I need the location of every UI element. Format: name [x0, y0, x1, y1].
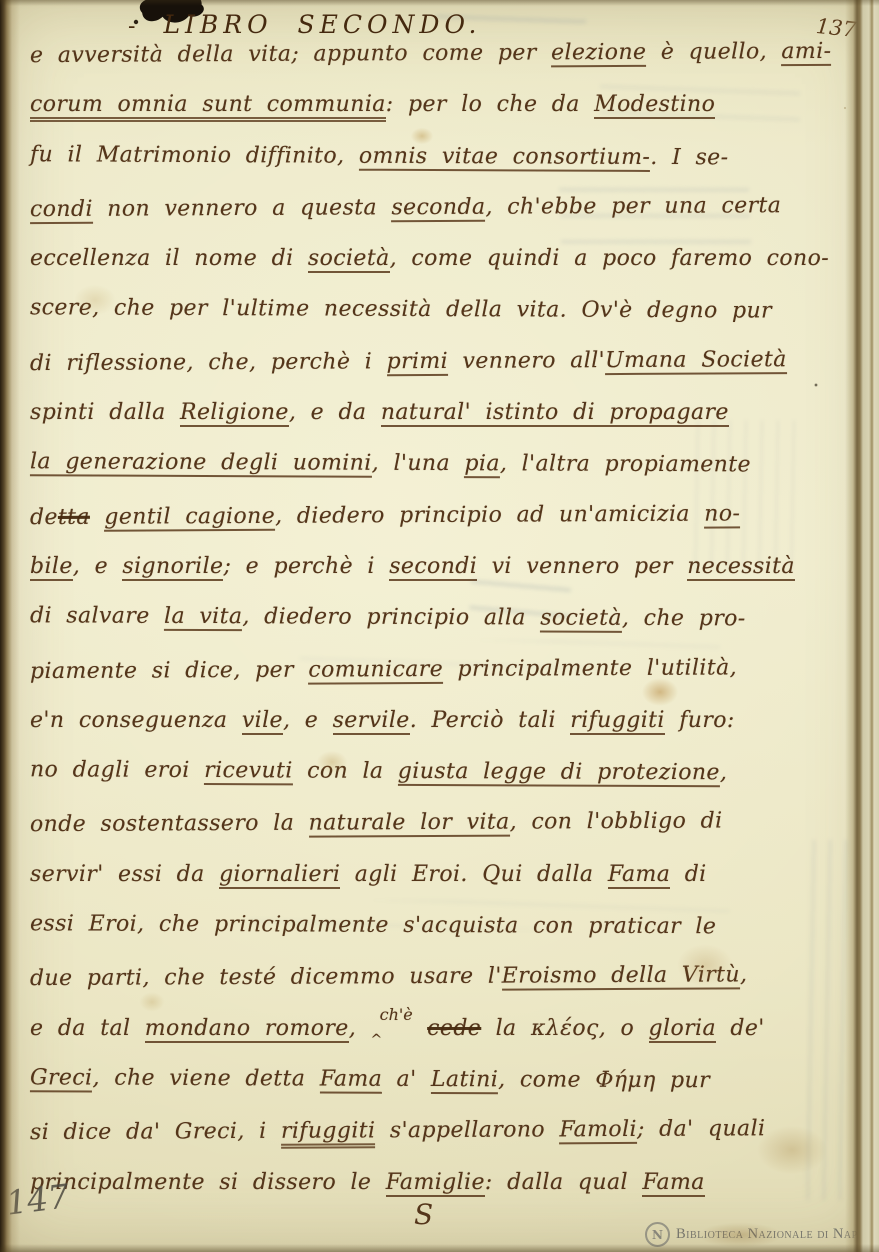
underlined-phrase: gentil cagione [104, 503, 275, 531]
underlined-phrase: vile [242, 708, 283, 735]
manuscript-line: no dagli eroi ricevuti con la giusta leg… [30, 744, 830, 799]
manuscript-line: corum omnia sunt communia: per lo che da… [30, 79, 830, 130]
text-segment: vennero all' [448, 348, 605, 374]
underlined-phrase: Eroismo della Virtù [502, 963, 740, 991]
manuscript-page: -LIBRO SECONDO. 137 e avversità della vi… [0, 0, 879, 1252]
text-segment: e da tal [30, 1016, 145, 1041]
manuscript-line: di riflessione, che, perchè i primi venn… [30, 334, 830, 389]
manuscript-line: piamente si dice, per comunicare princip… [30, 641, 830, 696]
text-segment: principalmente si dissero le [30, 1170, 386, 1195]
text-segment: non vennero a questa [93, 195, 392, 222]
text-segment: , che pro- [622, 606, 746, 632]
text-segment: , l'altra propiamente [500, 452, 751, 478]
underlined-phrase: seconda [391, 195, 485, 222]
manuscript-line: detta gentil cagione, diedero principio … [30, 488, 830, 543]
text-segment: , [740, 963, 748, 988]
manuscript-line: Greci, che viene detta Fama a' Latini, c… [30, 1052, 830, 1107]
struck-word: cede [427, 1016, 481, 1041]
text-segment: no dagli eroi [30, 757, 204, 783]
underlined-phrase: la generazione degli uomini [30, 450, 372, 478]
text-segment: fu il Matrimonio diffinito, [30, 142, 359, 168]
underlined-phrase: elezione [551, 40, 646, 67]
manuscript-line: fu il Matrimonio diffinito, omnis vitae … [30, 129, 830, 184]
text-segment: due parti, che testé dicemmo usare l' [30, 964, 502, 991]
underlined-phrase: società [308, 246, 390, 273]
text-segment: , ch'ebbe per una certa [485, 193, 781, 220]
underlined-phrase: Religione [180, 400, 289, 427]
manuscript-lines: e avversità della vita; appunto come per… [30, 28, 830, 1208]
text-segment: s'appellarono [375, 1118, 559, 1144]
underlined-phrase: Fama [608, 862, 670, 889]
underlined-phrase: Umana Società [605, 347, 787, 375]
underlined-phrase: signorile [122, 554, 223, 581]
text-segment: , [720, 760, 728, 785]
text-segment: , come Φήμη pur [498, 1067, 710, 1093]
underlined-phrase: corum omnia sunt communia [30, 92, 386, 122]
text-segment: vi vennero per [477, 554, 687, 579]
text-segment: , con l'obbligo di [510, 809, 723, 835]
text-segment: , e [73, 554, 123, 579]
page-edge-top [0, 0, 879, 6]
underlined-phrase: servile [333, 708, 410, 735]
underlined-phrase: condi [30, 197, 93, 224]
manuscript-line: onde sostentassero la naturale lor vita,… [30, 795, 830, 850]
text-segment: servir' essi da [30, 862, 219, 887]
underlined-phrase: ami- [781, 39, 831, 66]
underlined-phrase: gloria [649, 1016, 716, 1043]
interlinear-insertion: ch'è [380, 1005, 413, 1024]
manuscript-line: bile, e signorile; e perchè i secondi vi… [30, 541, 830, 592]
text-segment: ; e perchè i [223, 554, 389, 579]
underlined-phrase: Famiglie [386, 1170, 485, 1197]
manuscript-line: e'n conseguenza vile, e servile. Perciò … [30, 695, 830, 746]
manuscript-line: di salvare la vita, diedero principio al… [30, 591, 830, 646]
page-edge-bottom [0, 1244, 879, 1252]
text-segment: , diedero principio alla [242, 604, 540, 630]
text-segment: e avversità della vita; appunto come per [30, 40, 551, 68]
text-segment: de [30, 505, 58, 530]
underlined-phrase: giusta legge di protezione [398, 759, 720, 787]
underlined-phrase: rifuggiti [570, 708, 665, 735]
text-segment: furo: [665, 708, 735, 733]
text-segment: ^ [370, 1032, 382, 1048]
underlined-phrase: bile [30, 554, 73, 581]
text-segment: si dice da' Greci, i [30, 1119, 281, 1145]
text-segment: eccellenza il nome di [30, 246, 308, 271]
underlined-phrase: comunicare [308, 656, 443, 684]
underlined-phrase: pia [464, 452, 500, 479]
text-segment: è quello, [646, 39, 781, 65]
underlined-phrase: società [540, 606, 622, 633]
text-segment: de' [716, 1016, 765, 1041]
text-segment: spinti dalla [30, 400, 180, 425]
underlined-phrase: Fama [642, 1170, 704, 1197]
text-segment: , l'una [372, 451, 465, 476]
underlined-phrase: Greci [30, 1065, 93, 1092]
manuscript-line: condi non vennero a questa seconda, ch'e… [30, 180, 830, 235]
text-segment: e'n conseguenza [30, 708, 242, 733]
text-segment: , [349, 1016, 371, 1041]
underlined-phrase: omnis vitae consortium- [359, 143, 650, 171]
manuscript-line: spinti dalla Religione, e da natural' is… [30, 387, 830, 438]
text-segment: agli Eroi. Qui dalla [340, 862, 608, 887]
underlined-phrase: secondi [389, 554, 477, 581]
manuscript-line: eccellenza il nome di società, come quin… [30, 233, 830, 284]
catchword: S [414, 1198, 433, 1231]
underlined-phrase: ricevuti [204, 758, 293, 785]
underlined-phrase: no- [704, 501, 740, 528]
manuscript-line: e avversità della vita; appunto come per… [30, 26, 830, 81]
underlined-phrase: naturale lor vita [309, 810, 510, 838]
text-segment: : per lo che da [386, 92, 594, 117]
manuscript-line: essi Eroi, che principalmente s'acquista… [30, 898, 830, 953]
text-segment: piamente si dice, per [30, 657, 308, 683]
text-segment: . Perciò tali [410, 708, 571, 733]
text-segment: , e [283, 708, 333, 733]
text-segment: , come quindi a poco faremo cono- [390, 246, 830, 271]
text-segment: , che viene detta [92, 1065, 319, 1091]
underlined-phrase: Modestino [594, 92, 715, 119]
text-segment: di [670, 862, 706, 887]
manuscript-line: scere, che per l'ultime necessità della … [30, 283, 830, 338]
text-segment: di salvare [30, 604, 164, 630]
text-segment: onde sostentassero la [30, 811, 309, 837]
text-segment: a' [382, 1067, 431, 1092]
underlined-phrase: Fama [320, 1066, 383, 1093]
binding-edge-left [0, 0, 20, 1252]
text-segment: scere, che per l'ultime necessità della … [30, 296, 772, 324]
manuscript-line: due parti, che testé dicemmo usare l'Ero… [30, 949, 830, 1004]
underlined-phrase: natural' istinto di propagare [381, 400, 729, 427]
underlined-phrase: mondano romore [145, 1016, 349, 1043]
page-edge-right [845, 0, 879, 1252]
text-segment: la κλέος, o [481, 1016, 648, 1041]
text-segment: : dalla qual [485, 1170, 642, 1195]
underlined-phrase: necessità [687, 554, 795, 581]
struck-word: tta [58, 504, 90, 529]
text-segment: essi Eroi, che principalmente s'acquista… [30, 911, 716, 939]
text-segment: principalmente l'utilità, [443, 655, 737, 682]
underlined-phrase: rifuggiti [281, 1119, 376, 1149]
underlined-phrase: Latini [431, 1067, 498, 1094]
manuscript-line: si dice da' Greci, i rifuggiti s'appella… [30, 1103, 830, 1158]
text-segment: , diedero principio ad un'amicizia [275, 501, 704, 528]
underlined-phrase: Famoli [559, 1117, 637, 1144]
manuscript-line: la generazione degli uomini, l'una pia, … [30, 437, 830, 492]
text-segment [90, 504, 105, 529]
underlined-phrase: la vita [164, 604, 242, 631]
manuscript-line: servir' essi da giornalieri agli Eroi. Q… [30, 849, 830, 900]
text-segment: ; da' quali [637, 1116, 766, 1142]
underlined-phrase: giornalieri [219, 862, 340, 889]
underlined-phrase: primi [386, 349, 448, 376]
text-segment [413, 1016, 427, 1041]
text-segment: di riflessione, che, perchè i [30, 349, 387, 376]
text-segment: , e da [289, 400, 381, 425]
manuscript-line: e da tal mondano romore, ^ch'è cede la κ… [30, 1003, 830, 1054]
text-segment: . I se- [650, 145, 728, 170]
text-segment: con la [293, 759, 398, 784]
